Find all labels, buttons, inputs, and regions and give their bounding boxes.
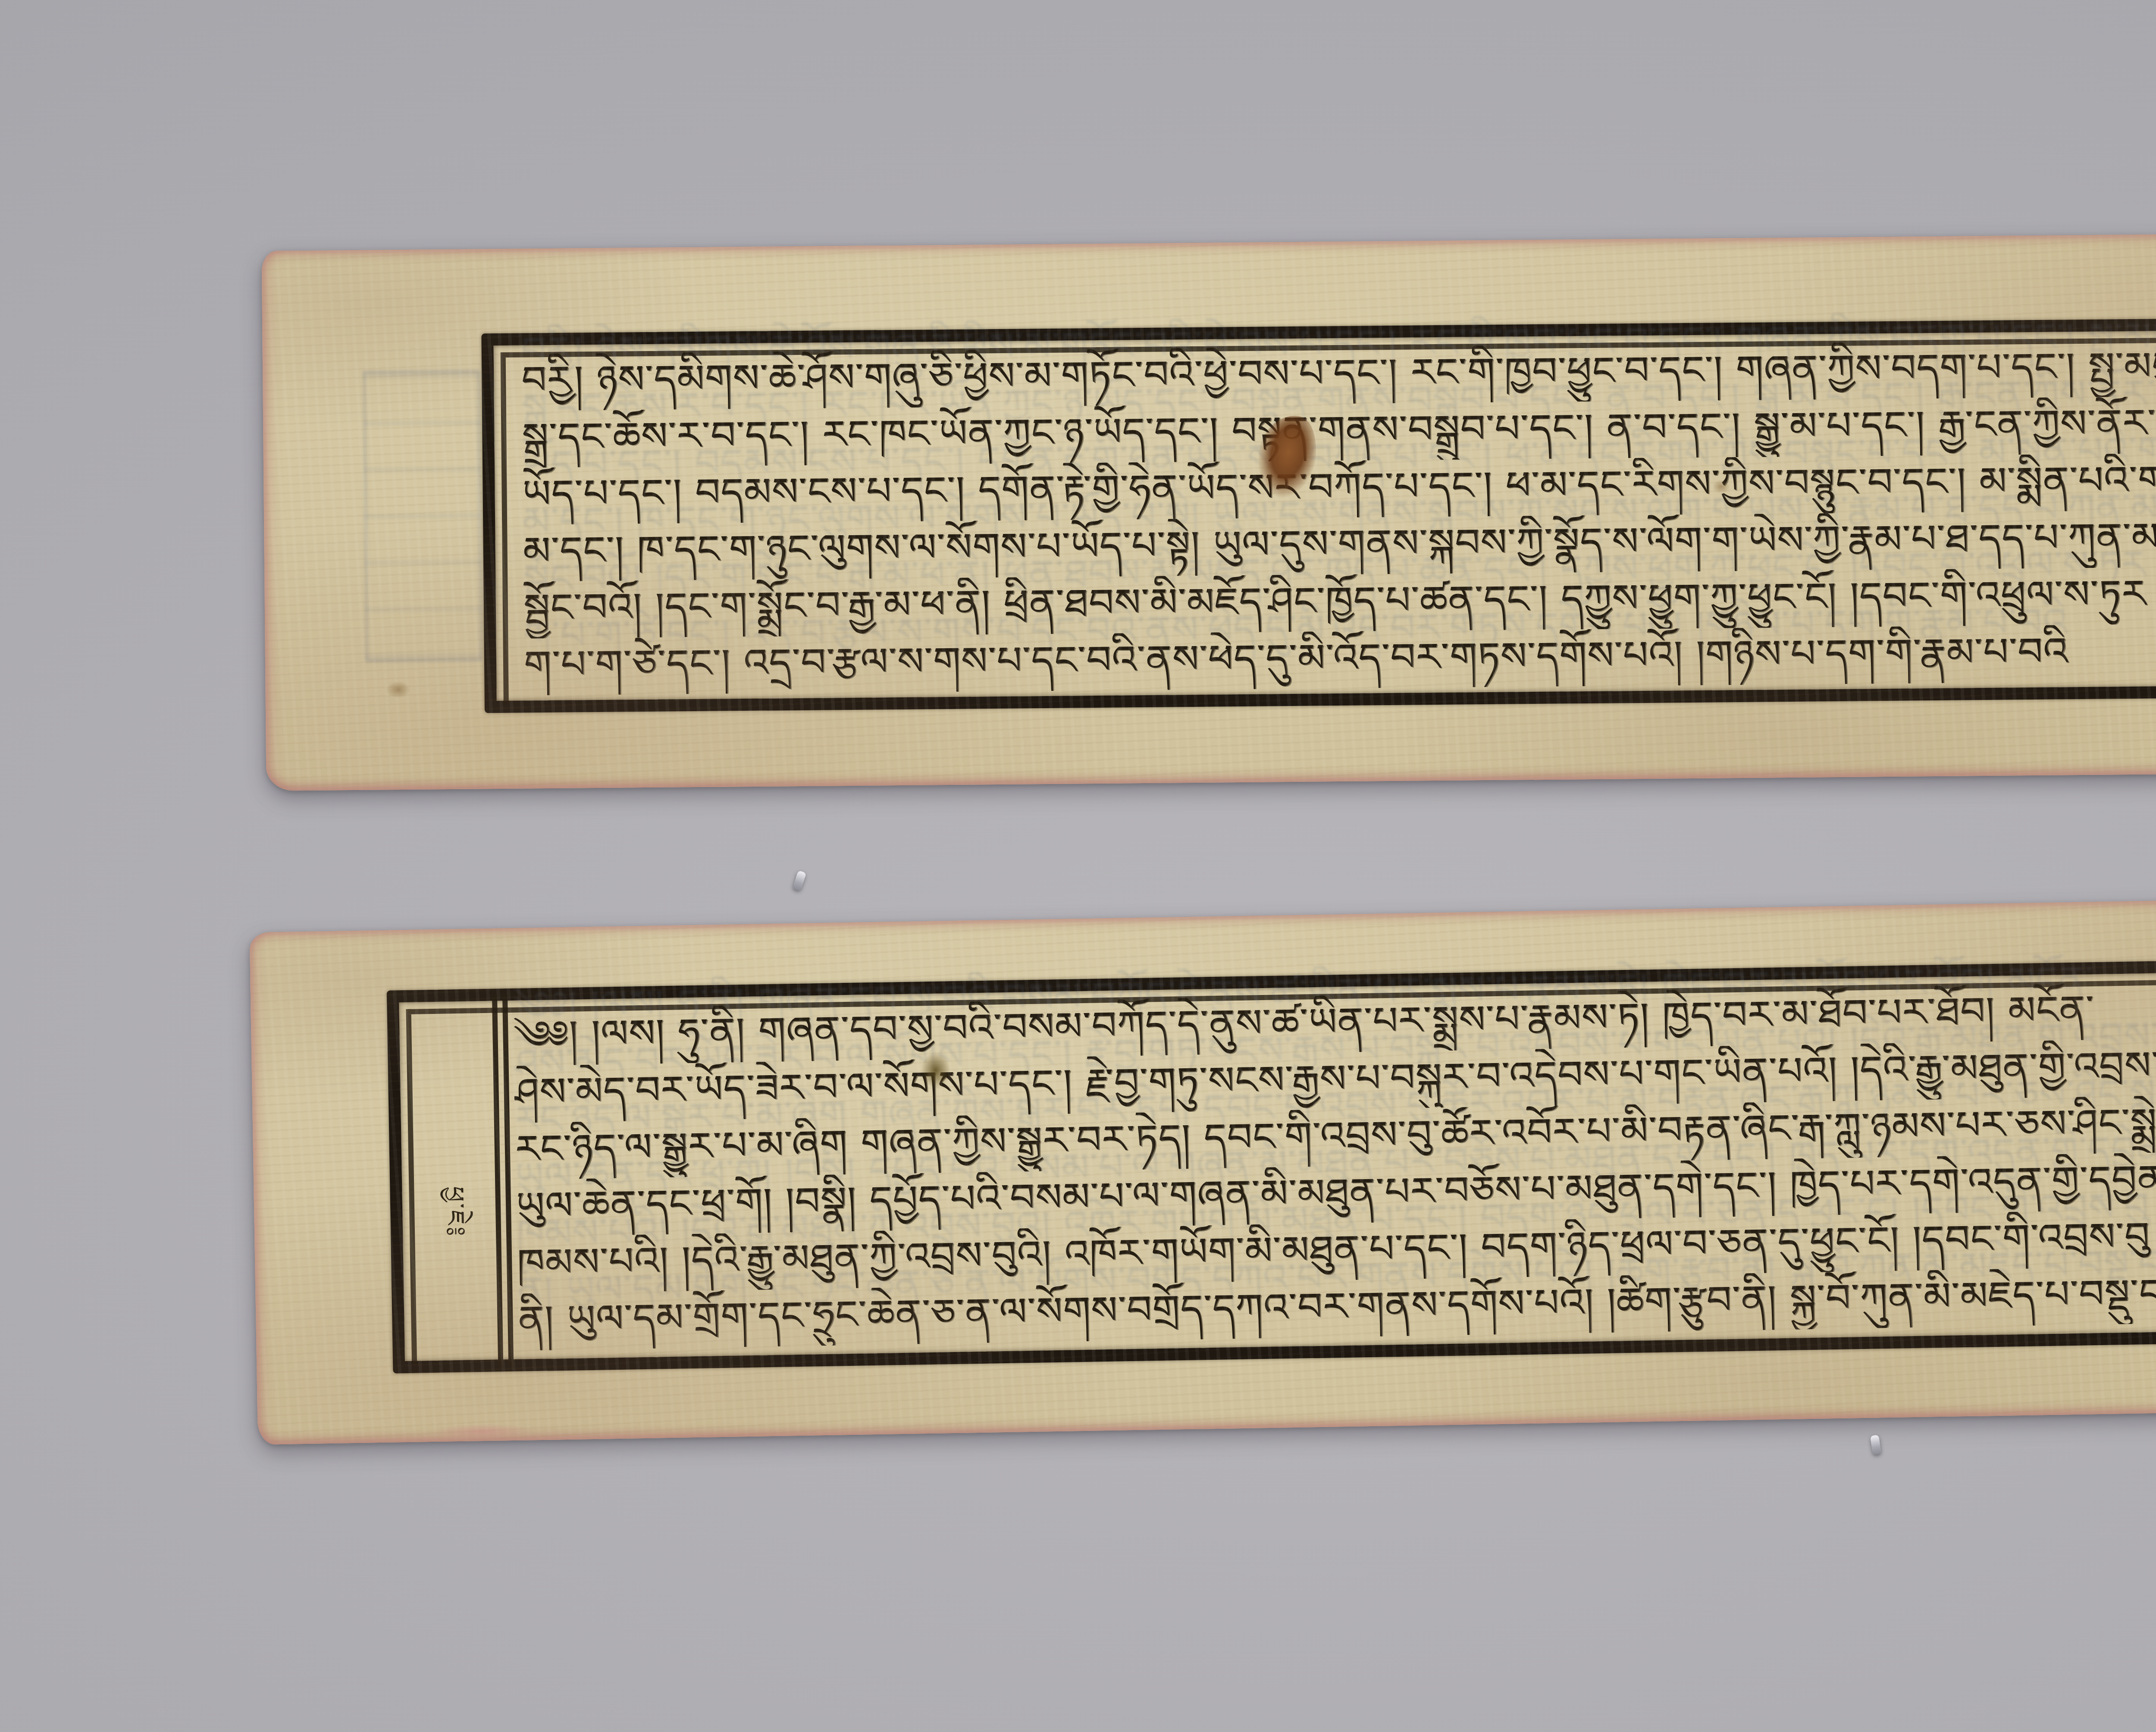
- photo-stage: བརྱི། ཉེས་དམིགས་ཆེ་ཤོས་གཞུ་ཅི་ཕྱིས་མ་གཏོ…: [0, 0, 2156, 1732]
- foxing-spot: [386, 681, 410, 698]
- margin-column-divider: [492, 994, 514, 1366]
- manuscript-leaf-top: བརྱི། ཉེས་དམིགས་ཆེ་ཤོས་གཞུ་ཅི་ཕྱིས་མ་གཏོ…: [262, 232, 2156, 791]
- folio-margin-label: ཕྱ་ཇེ༔: [414, 1172, 484, 1252]
- text-block-frame-top: བརྱི། ཉེས་དམིགས་ཆེ་ཤོས་གཞུ་ཅི་ཕྱིས་མ་གཏོ…: [481, 318, 2156, 713]
- text-block-bottom: ༄༅། །ལས། ཧུ་ནི། གཞན་དབ་སྱ་བའི་བསམ་བཀོད་ད…: [513, 981, 2156, 1354]
- offset-ink-imprint: [363, 370, 483, 662]
- binding-pin: [1870, 1435, 1881, 1455]
- text-block-top: བརྱི། ཉེས་དམིགས་ཆེ་ཤོས་གཞུ་ཅི་ཕྱིས་མ་གཏོ…: [521, 339, 2156, 696]
- pink-edge-stain: [430, 1423, 534, 1440]
- manuscript-leaf-bottom: ཕྱ་ཇེ༔ ༄༅། །ལས། ཧུ་ནི། གཞན་དབ་སྱ་བའི་བསམ…: [249, 896, 2156, 1445]
- binding-pin: [793, 870, 807, 891]
- photo-viewport: བརྱི། ཉེས་དམིགས་ཆེ་ཤོས་གཞུ་ཅི་ཕྱིས་མ་གཏོ…: [0, 0, 2156, 1732]
- gray-studio-background: བརྱི། ཉེས་དམིགས་ཆེ་ཤོས་གཞུ་ཅི་ཕྱིས་མ་གཏོ…: [0, 0, 2156, 1732]
- text-block-frame-bottom: ཕྱ་ཇེ༔ ༄༅། །ལས། ཧུ་ནི། གཞན་དབ་སྱ་བའི་བསམ…: [387, 960, 2156, 1373]
